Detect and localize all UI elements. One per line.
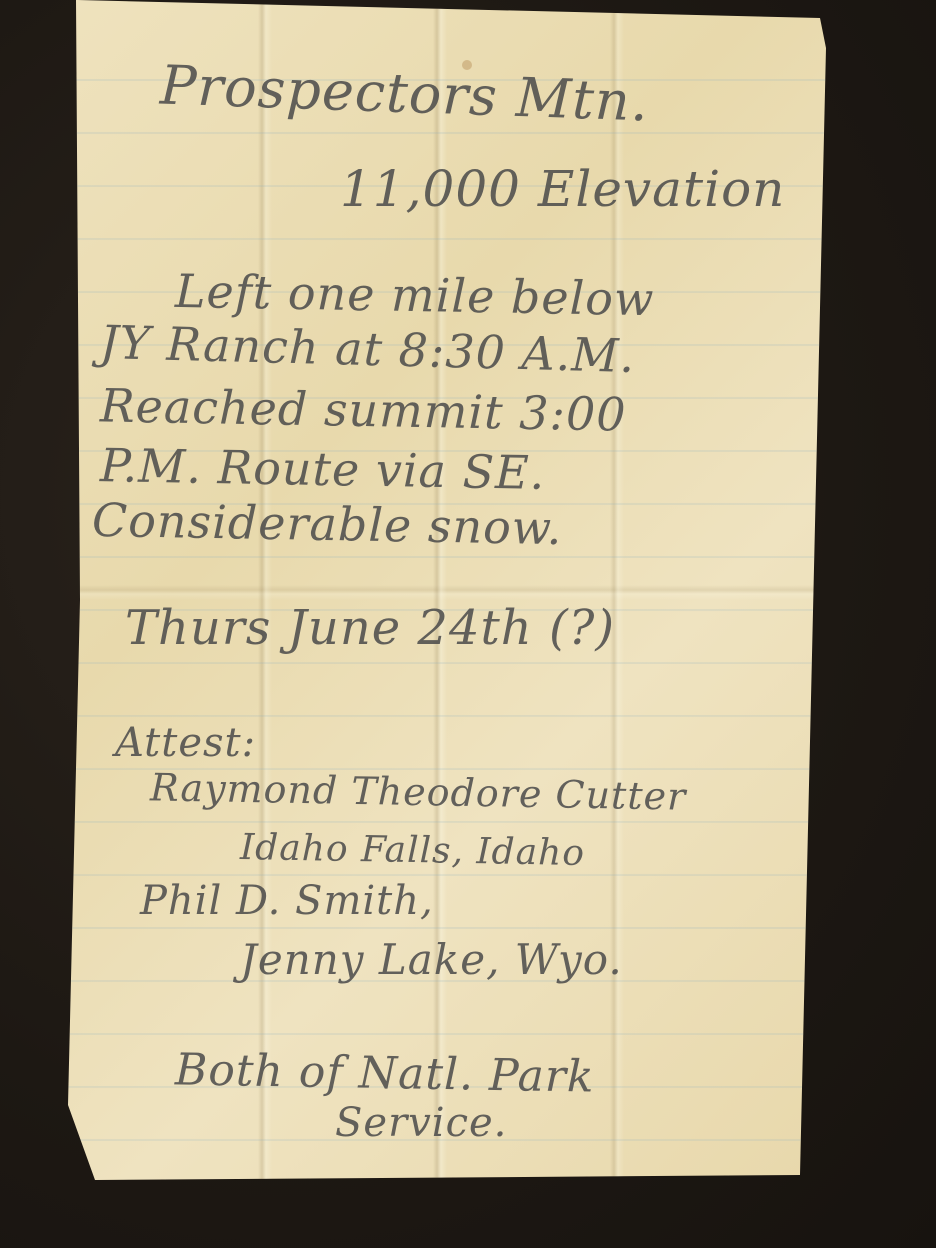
- attest-label: Attest:: [115, 720, 256, 766]
- closing-line: Both of Natl. Park: [175, 1044, 595, 1102]
- signature-location: Jenny Lake, Wyo.: [240, 935, 623, 984]
- closing-line: Service.: [335, 1100, 507, 1146]
- note-body-line: Reached summit 3:00: [100, 378, 627, 441]
- note-body-line: Left one mile below: [175, 264, 655, 326]
- signature-location: Idaho Falls, Idaho: [240, 827, 586, 874]
- note-body-line: P.M. Route via SE.: [100, 438, 546, 500]
- photo-scene: Prospectors Mtn. 11,000 Elevation Left o…: [0, 0, 936, 1248]
- signature-name: Raymond Theodore Cutter: [150, 765, 687, 818]
- note-elevation: 11,000 Elevation: [340, 160, 785, 218]
- signature-name: Phil D. Smith,: [140, 878, 434, 924]
- note-body-line: Considerable snow.: [92, 493, 563, 555]
- note-date: Thurs June 24th (?): [125, 600, 615, 656]
